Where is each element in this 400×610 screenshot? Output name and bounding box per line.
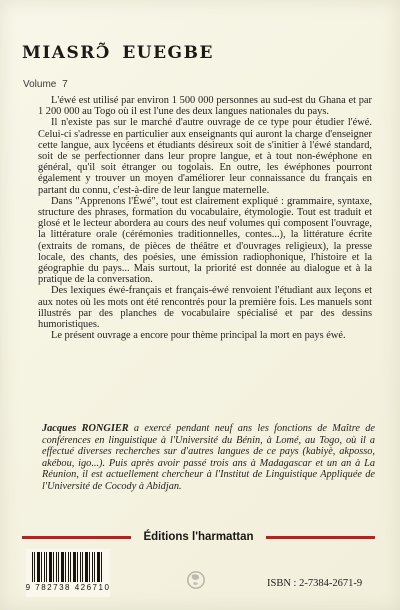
isbn-text: ISBN : 2-7384-2671-9 <box>267 578 362 589</box>
barcode: 9 782738 426710 <box>26 549 110 597</box>
back-cover-description: L'éwé est utilisé par environ 1 500 000 … <box>38 95 372 341</box>
publisher-band: Éditions l'harmattan <box>22 531 375 543</box>
volume-label: Volume 7 <box>23 79 68 90</box>
description-paragraph: Dans "Apprenons l'Éwé", tout est clairem… <box>38 196 372 286</box>
description-paragraph: Des lexiques éwé-français et français-éw… <box>38 285 372 330</box>
publisher-rule-right <box>266 536 375 539</box>
description-paragraph: Le présent ouvrage a encore pour thème p… <box>38 330 372 341</box>
globe-logo-icon <box>186 570 206 590</box>
description-paragraph: L'éwé est utilisé par environ 1 500 000 … <box>38 95 372 117</box>
author-biography: Jacques RONGIER a exercé pendant neuf an… <box>42 423 375 493</box>
publisher-name: Éditions l'harmattan <box>131 531 265 543</box>
barcode-digits: 9 782738 426710 <box>26 583 111 592</box>
publisher-rule-left <box>22 536 131 539</box>
author-name: Jacques RONGIER <box>42 423 129 434</box>
book-series-title: MIASRƆ̃ EUEGBE <box>22 43 214 63</box>
barcode-bars-icon <box>32 552 104 582</box>
book-back-cover: MIASRƆ̃ EUEGBE Volume 7 L'éwé est utilis… <box>0 0 400 610</box>
description-paragraph: Il n'existe pas sur le marché d'autre ou… <box>38 117 372 195</box>
